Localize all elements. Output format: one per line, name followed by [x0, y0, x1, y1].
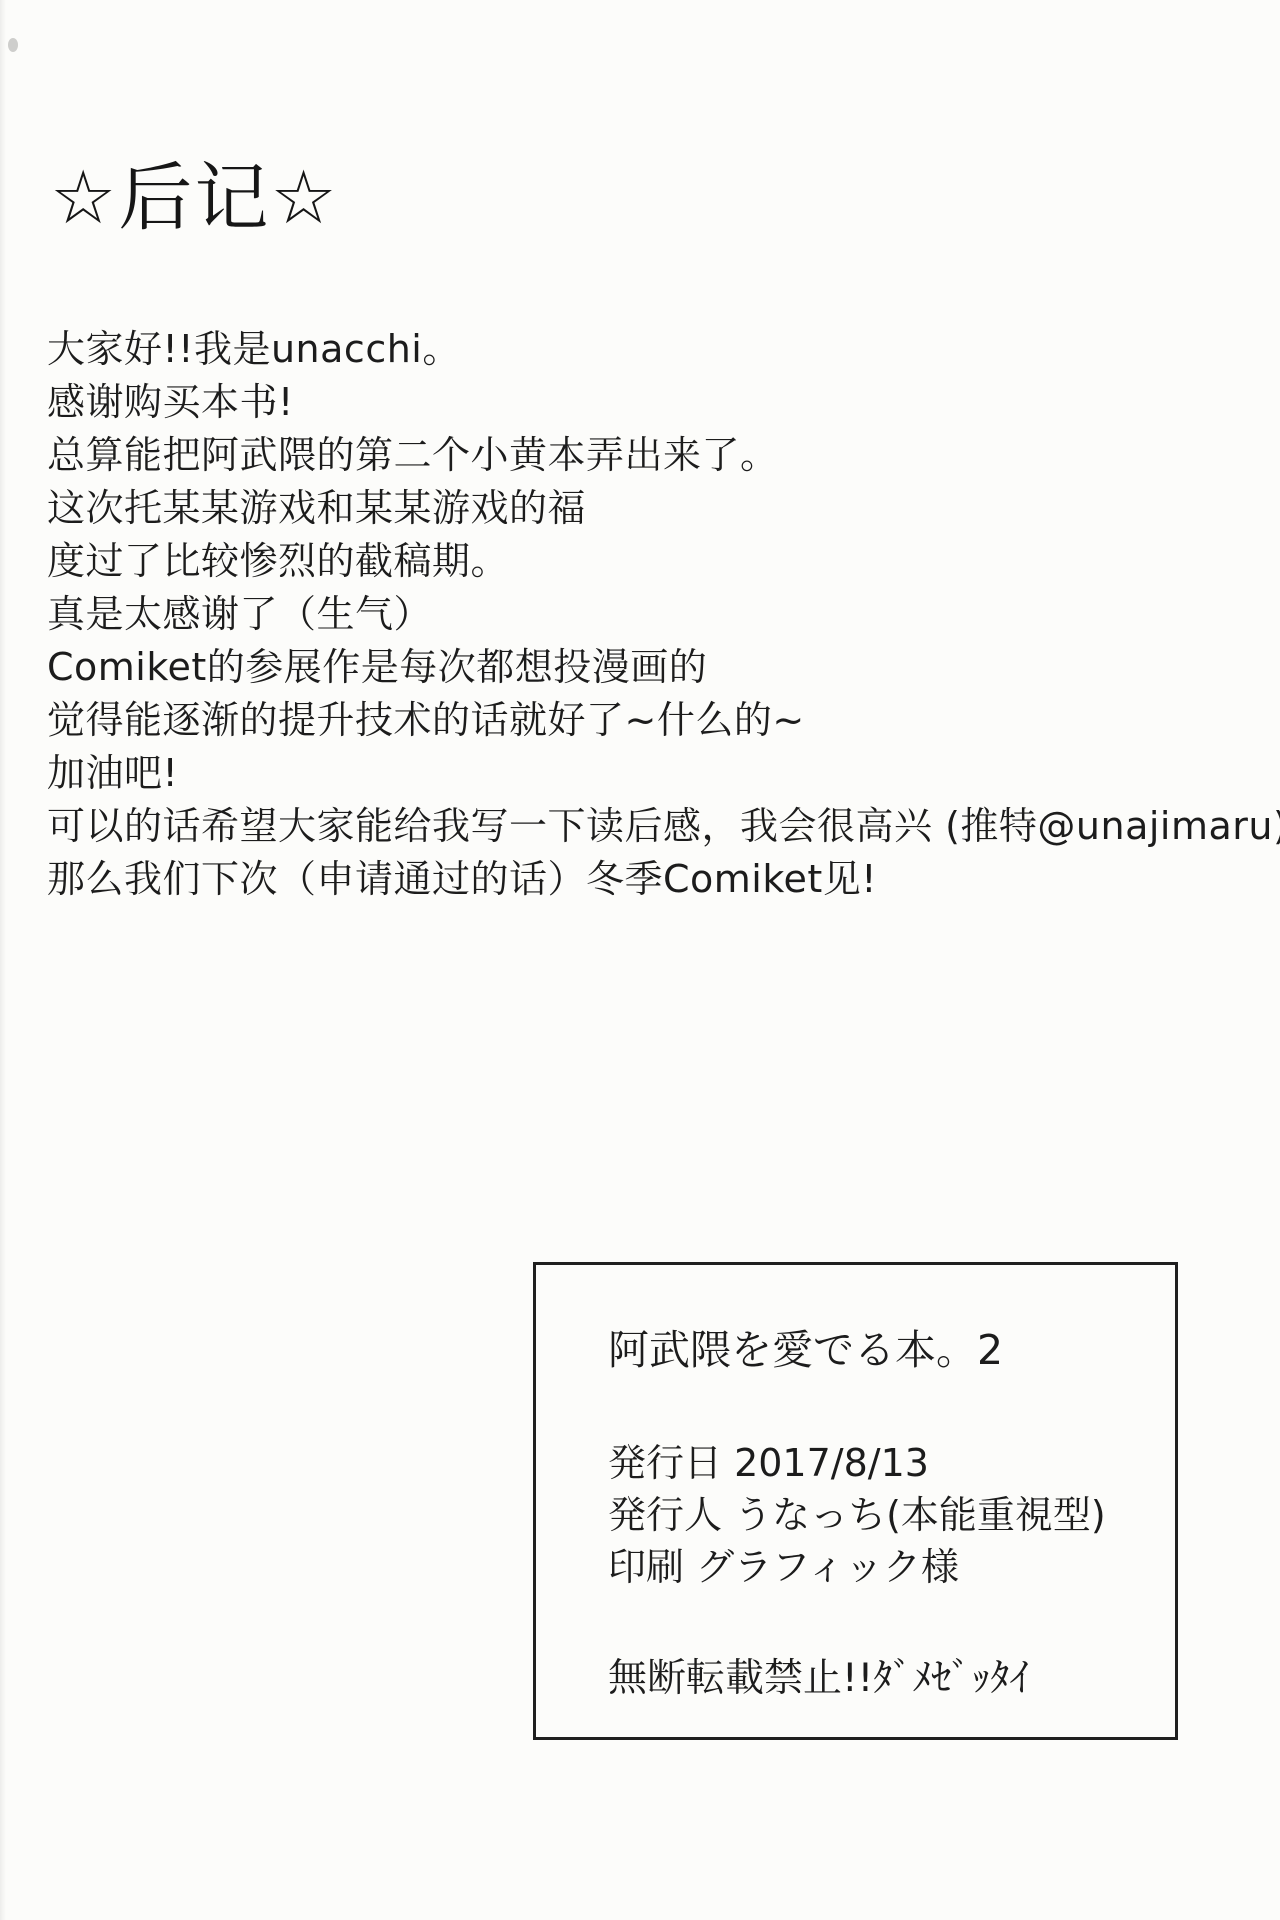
body-line: 真是太感谢了（生气） — [47, 588, 1147, 641]
colophon-publish-date: 発行日 2017/8/13 — [608, 1437, 1106, 1489]
body-line: 度过了比较惨烈的截稿期。 — [47, 535, 1147, 588]
scan-speck — [8, 38, 18, 52]
body-line: 加油吧! — [47, 747, 1147, 800]
body-line: 感谢购买本书! — [47, 376, 1147, 429]
afterword-body: 大家好!!我是unacchi。 感谢购买本书! 总算能把阿武隈的第二个小黄本弄出… — [47, 323, 1147, 906]
colophon-book-title: 阿武隈を愛でる本。2 — [608, 1317, 1003, 1376]
body-line: 这次托某某游戏和某某游戏的福 — [47, 482, 1147, 535]
colophon-publication-info: 発行日 2017/8/13 発行人 うなっち(本能重視型) 印刷 グラフィック様 — [608, 1437, 1106, 1593]
body-line: Comiket的参展作是每次都想投漫画的 — [47, 641, 1147, 694]
colophon-reprint-notice: 無断転載禁止!!ﾀﾞﾒｾﾞｯﾀｲ — [608, 1647, 1029, 1703]
colophon-printer: 印刷 グラフィック様 — [608, 1541, 1106, 1593]
scanned-afterword-page: ☆后记☆ 大家好!!我是unacchi。 感谢购买本书! 总算能把阿武隈的第二个… — [0, 0, 1280, 1920]
body-line: 可以的话希望大家能给我写一下读后感，我会很高兴 (推特@unajimaru) — [47, 800, 1147, 853]
body-line: 那么我们下次（申请通过的话）冬季Comiket见! — [47, 853, 1147, 906]
body-line: 觉得能逐渐的提升技术的话就好了~什么的~ — [47, 694, 1147, 747]
body-line: 总算能把阿武隈的第二个小黄本弄出来了。 — [47, 429, 1147, 482]
colophon-publisher: 発行人 うなっち(本能重視型) — [608, 1489, 1106, 1541]
page-title: ☆后记☆ — [50, 158, 339, 239]
colophon-box: 阿武隈を愛でる本。2 発行日 2017/8/13 発行人 うなっち(本能重視型)… — [533, 1262, 1178, 1740]
body-line: 大家好!!我是unacchi。 — [47, 323, 1147, 376]
